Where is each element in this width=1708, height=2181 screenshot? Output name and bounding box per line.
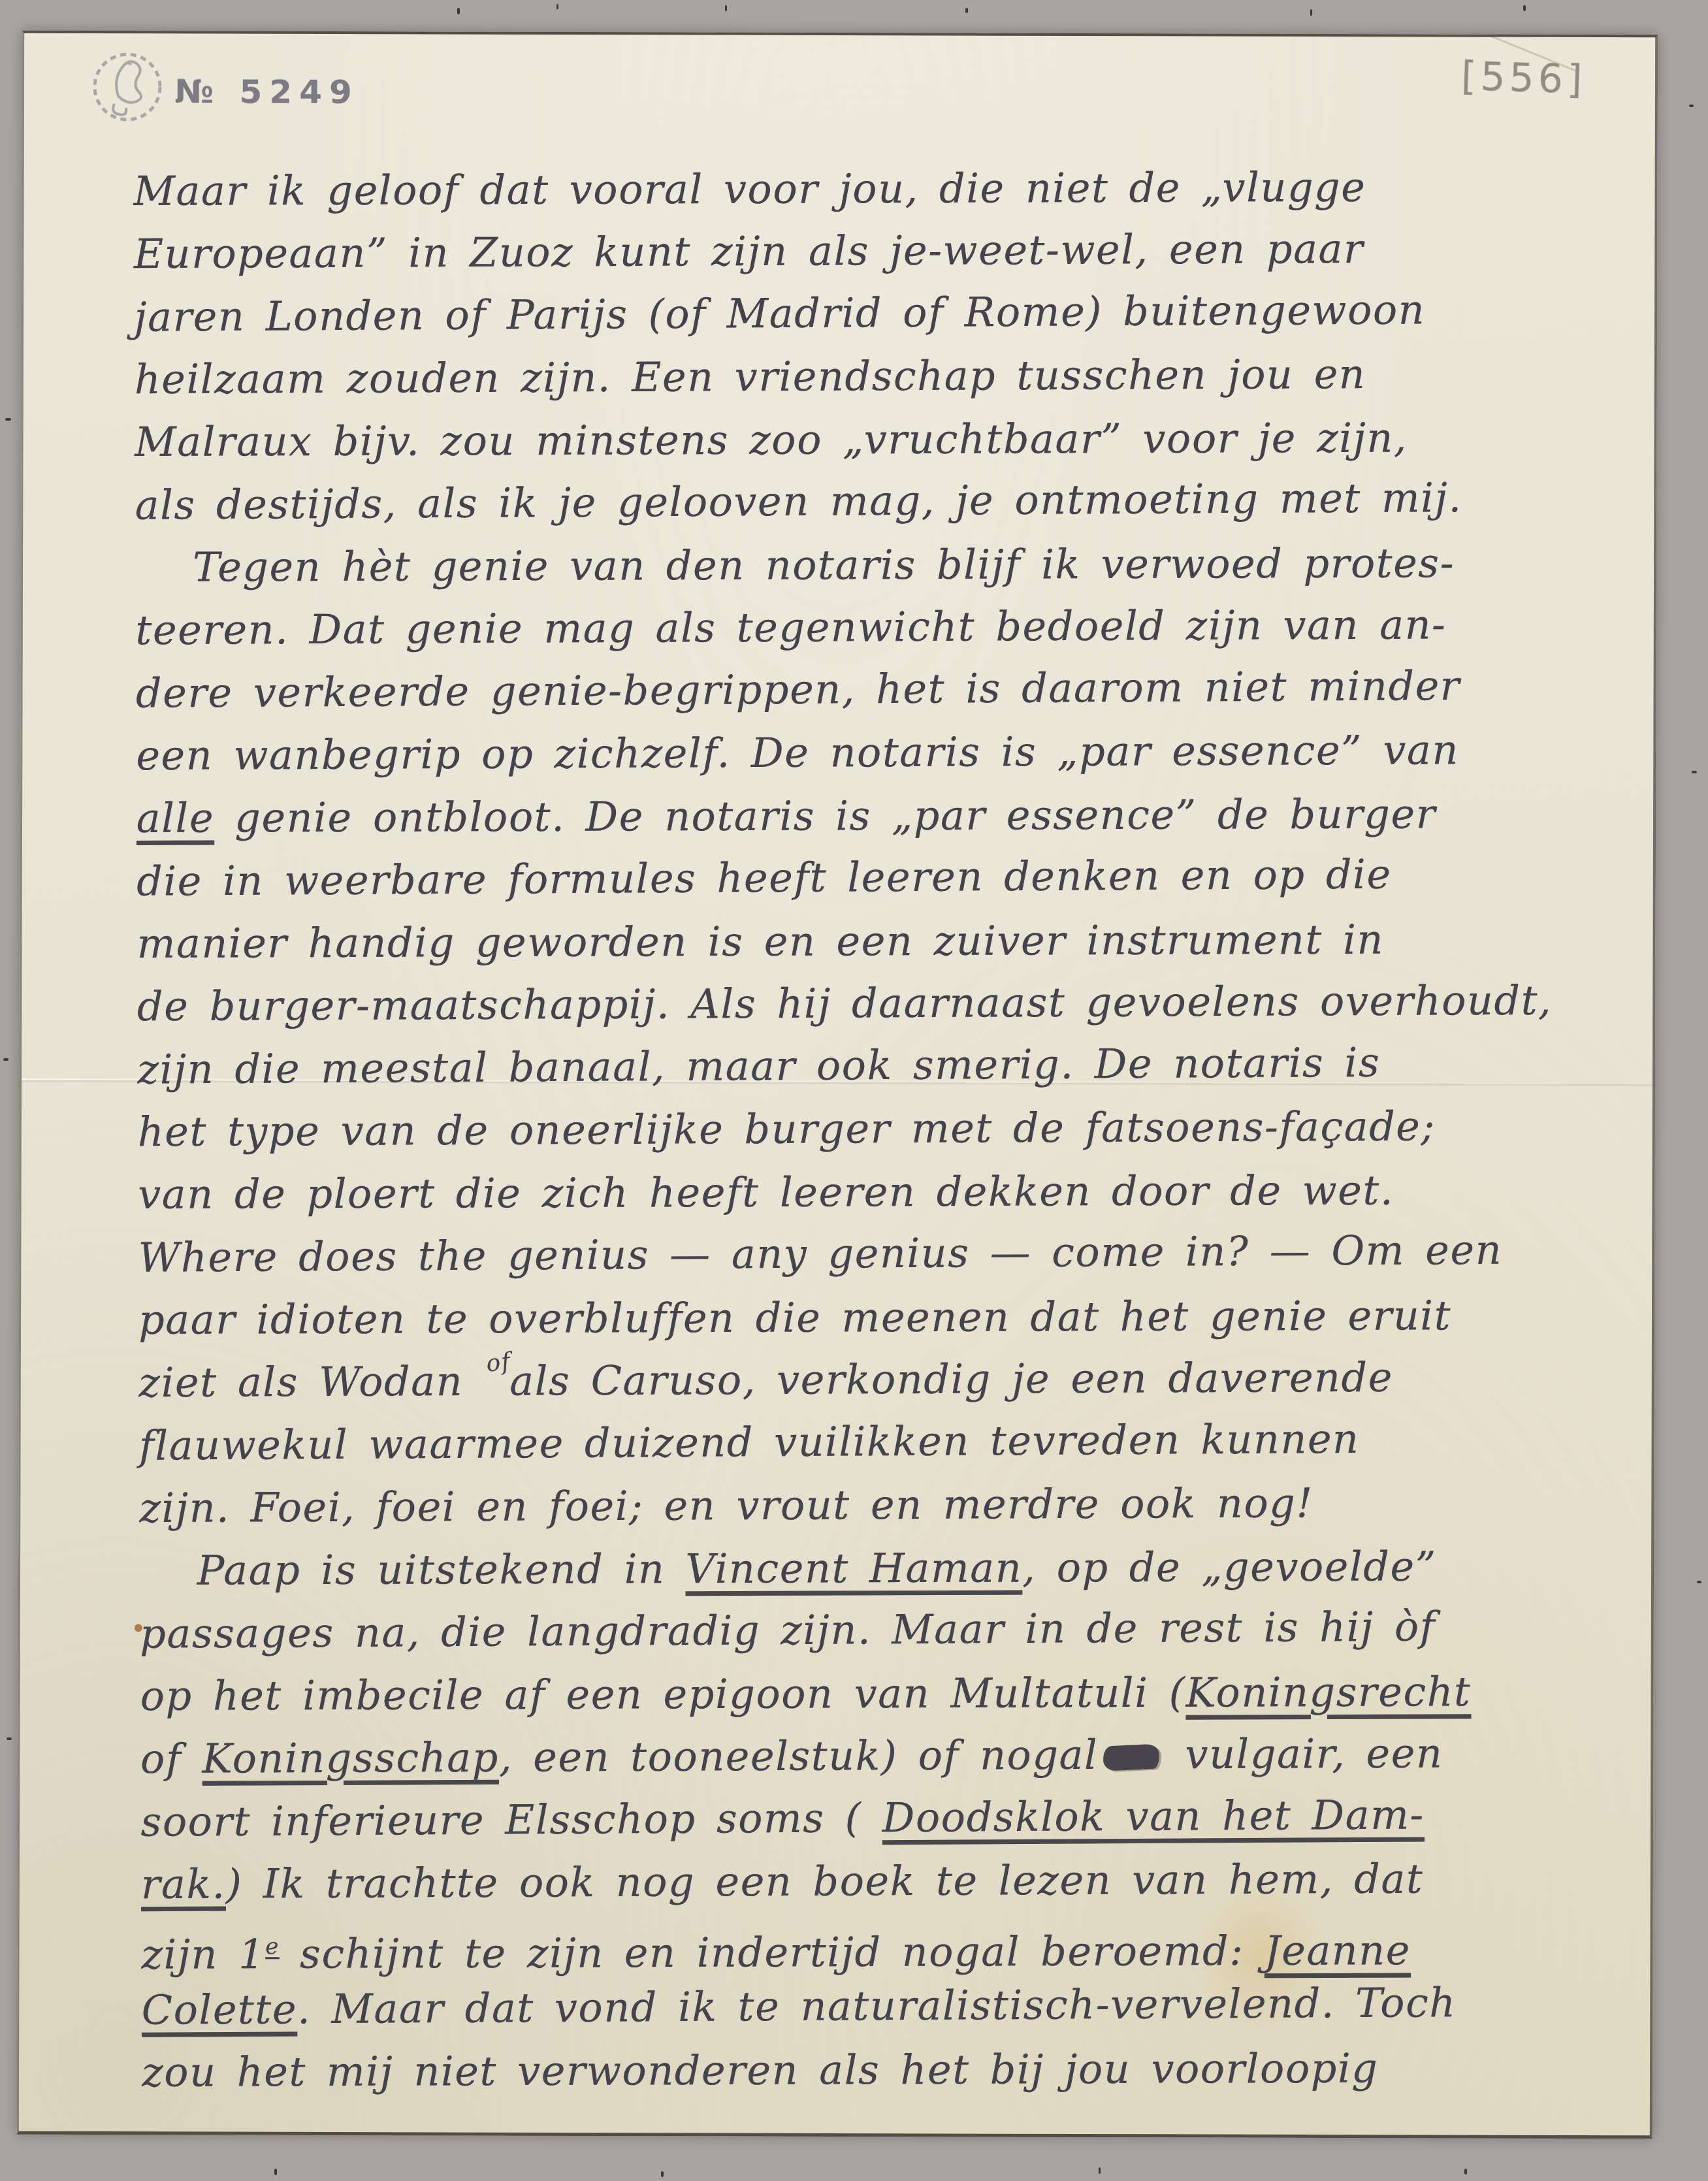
- scan-speck: [1692, 771, 1697, 773]
- letter-body: Maar ik geloof dat vooral voor jou, die …: [133, 153, 1639, 2104]
- underlined-text: alle: [137, 794, 215, 842]
- letter-line: Paap is uitstekend in Vincent Haman, op …: [140, 1534, 1637, 1602]
- letter-line: een wanbegrip op zichzelf. De notaris is…: [136, 718, 1633, 787]
- underlined-text: Koningsrecht: [1185, 1668, 1471, 1716]
- letter-line: zijn die meestal banaal, maar ook smerig…: [137, 1030, 1635, 1101]
- letter-line: Malraux bijv. zou minstens zoo „vruchtba…: [135, 406, 1632, 474]
- letter-line: ziet als Wodan ofals Caruso, verkondig j…: [138, 1345, 1635, 1414]
- archive-stamp: № 5249: [89, 44, 359, 132]
- text-segment: ziet als Wodan: [138, 1357, 483, 1406]
- text-segment: dere verkeerde genie-begrippen, het is d…: [136, 662, 1460, 717]
- scan-speck: [1689, 105, 1694, 107]
- inked-out-word: [1103, 1744, 1160, 1771]
- text-segment: als destijds, als ik je gelooven mag, je…: [135, 474, 1462, 529]
- scan-speck: [457, 8, 460, 14]
- scan-speck: [1523, 5, 1526, 11]
- text-segment: het type van de oneerlijke burger met de…: [138, 1103, 1436, 1156]
- underlined-text: Doodsklok van het Dam-: [882, 1790, 1425, 1841]
- text-segment: Paap is uitstekend in: [197, 1545, 686, 1594]
- text-segment: flauwekul waarmee duizend vuilikken tevr…: [139, 1415, 1360, 1470]
- scan-speck: [5, 418, 11, 421]
- text-segment: teeren. Dat genie mag als tegenwicht bed…: [135, 600, 1446, 654]
- letter-line: zou het mij niet verwonderen als het bij…: [142, 2036, 1639, 2104]
- text-segment: jaren Londen of Parijs (of Madrid of Rom…: [134, 285, 1425, 340]
- letter-line: als destijds, als ik je gelooven mag, je…: [135, 466, 1632, 537]
- underlined-text: rak.: [141, 1860, 226, 1909]
- text-segment: op het imbecile af een epigoon van Multa…: [140, 1669, 1185, 1720]
- text-segment: heilzaam zouden zijn. Een vriendschap tu…: [135, 350, 1366, 403]
- letter-line: Colette. Maar dat vond ik te naturalisti…: [141, 1971, 1639, 2042]
- ordinal-suffix: e: [265, 1933, 280, 1960]
- letter-line: Maar ik geloof dat vooral voor jou, die …: [133, 155, 1630, 223]
- text-segment: Maar ik geloof dat vooral voor jou, die …: [133, 163, 1366, 215]
- text-segment: , een tooneelstuk) of nogal: [499, 1731, 1099, 1781]
- text-segment: vulgair, een: [1165, 1729, 1443, 1778]
- letter-page: № 5249 [556] Maar ik geloof dat vooral v…: [17, 31, 1658, 2139]
- text-segment: ) Ik trachtte ook nog een boek te lezen …: [226, 1855, 1424, 1908]
- pencil-page-number: [556]: [1460, 54, 1587, 103]
- letter-line: flauwekul waarmee duizend vuilikken tevr…: [139, 1406, 1637, 1478]
- text-segment: of: [140, 1735, 202, 1783]
- letter-line: van de ploert die zich heeft leeren dekk…: [138, 1158, 1635, 1226]
- letter-line: Where does the genius — any genius — com…: [138, 1218, 1635, 1289]
- text-segment: soort inferieure Elsschop soms (: [140, 1794, 882, 1846]
- scan-speck: [1310, 9, 1312, 16]
- stamp-number: № 5249: [174, 73, 359, 111]
- letter-line: zijn 1e schijnt te zijn en indertijd nog…: [141, 1911, 1638, 1979]
- scan-speck: [965, 8, 968, 13]
- scan-speck: [725, 5, 727, 11]
- text-segment: passages na, die langdradig zijn. Maar i…: [140, 1602, 1436, 1657]
- text-segment: Where does the genius — any genius — com…: [138, 1226, 1502, 1282]
- letter-line: manier handig geworden is en een zuiver …: [137, 907, 1634, 975]
- text-segment: schijnt te zijn en indertijd nogal beroe…: [280, 1927, 1265, 1978]
- text-segment: Europeaan” in Zuoz kunt zijn als je-weet…: [134, 225, 1364, 278]
- letter-line: het type van de oneerlijke burger met de…: [138, 1094, 1635, 1163]
- letter-line: de burger-maatschappij. Als hij daarnaas…: [137, 969, 1634, 1038]
- scan-speck: [1099, 2167, 1101, 2174]
- scan-speck: [3, 1058, 8, 1061]
- letter-line: heilzaam zouden zijn. Een vriendschap tu…: [135, 342, 1632, 411]
- lion-stamp-icon: [89, 44, 168, 131]
- underlined-text: Vincent Haman: [685, 1544, 1022, 1593]
- letter-line: dere verkeerde genie-begrippen, het is d…: [136, 654, 1634, 725]
- letter-line: teeren. Dat genie mag als tegenwicht bed…: [135, 592, 1632, 662]
- text-segment: genie ontbloot. De notaris is „par essen…: [214, 790, 1436, 841]
- text-segment: Tegen hèt genie van den notaris blijf ik…: [193, 539, 1455, 590]
- scan-speck: [1697, 1581, 1701, 1583]
- underlined-text: Colette: [141, 1985, 297, 2033]
- letter-line: Tegen hèt genie van den notaris blijf ik…: [135, 531, 1632, 599]
- text-segment: zijn 1: [141, 1930, 265, 1979]
- scanned-letter: № 5249 [556] Maar ik geloof dat vooral v…: [0, 0, 1708, 2181]
- text-segment: een wanbegrip op zichzelf. De notaris is…: [136, 726, 1459, 779]
- letter-line: paar idioten te overbluffen die meenen d…: [138, 1284, 1635, 1351]
- letter-line: rak.) Ik trachtte ook nog een boek te le…: [141, 1847, 1638, 1916]
- text-segment: als Caruso, verkondig je een daverende: [509, 1353, 1393, 1405]
- letter-line: Europeaan” in Zuoz kunt zijn als je-weet…: [134, 216, 1631, 285]
- text-segment: van de ploert die zich heeft leeren dekk…: [138, 1167, 1394, 1218]
- scan-speck: [7, 1737, 12, 1740]
- text-segment: die in weerbare formules heeft leeren de…: [137, 850, 1392, 905]
- text-segment: de burger-maatschappij. Als hij daarnaas…: [137, 977, 1552, 1030]
- text-segment: . Maar dat vond ik te naturalistisch-ver…: [297, 1979, 1457, 2033]
- letter-line: of Koningsschap, een tooneelstuk) of nog…: [140, 1721, 1637, 1790]
- letter-line: op het imbecile af een epigoon van Multa…: [140, 1660, 1637, 1728]
- text-segment: , op de „gevoelde”: [1022, 1542, 1437, 1591]
- text-segment: manier handig geworden is en een zuiver …: [137, 916, 1384, 967]
- letter-line: passages na, die langdradig zijn. Maar i…: [140, 1594, 1637, 1666]
- scan-speck: [661, 2171, 664, 2177]
- letter-line: soort inferieure Elsschop soms ( Doodskl…: [140, 1783, 1638, 1854]
- scan-speck: [556, 4, 558, 9]
- letter-line: zijn. Foei, foei en foei; en vrout en me…: [139, 1470, 1636, 1540]
- letter-line: alle genie ontbloot. De notaris is „par …: [137, 782, 1634, 850]
- letter-line: die in weerbare formules heeft leeren de…: [137, 842, 1634, 913]
- text-segment: Malraux bijv. zou minstens zoo „vruchtba…: [135, 414, 1408, 466]
- text-segment: zou het mij niet verwonderen als het bij…: [142, 2044, 1378, 2096]
- text-segment: paar idioten te overbluffen die meenen d…: [138, 1291, 1451, 1344]
- scan-speck: [274, 2169, 277, 2175]
- text-segment: zijn. Foei, foei en foei; en vrout en me…: [139, 1479, 1313, 1532]
- scan-speck: [1464, 2169, 1467, 2174]
- underlined-text: Jeanne: [1265, 1926, 1411, 1975]
- letter-line: jaren Londen of Parijs (of Madrid of Rom…: [134, 278, 1632, 349]
- underlined-text: Koningsschap: [202, 1734, 499, 1783]
- text-segment: zijn die meestal banaal, maar ook smerig…: [137, 1039, 1380, 1093]
